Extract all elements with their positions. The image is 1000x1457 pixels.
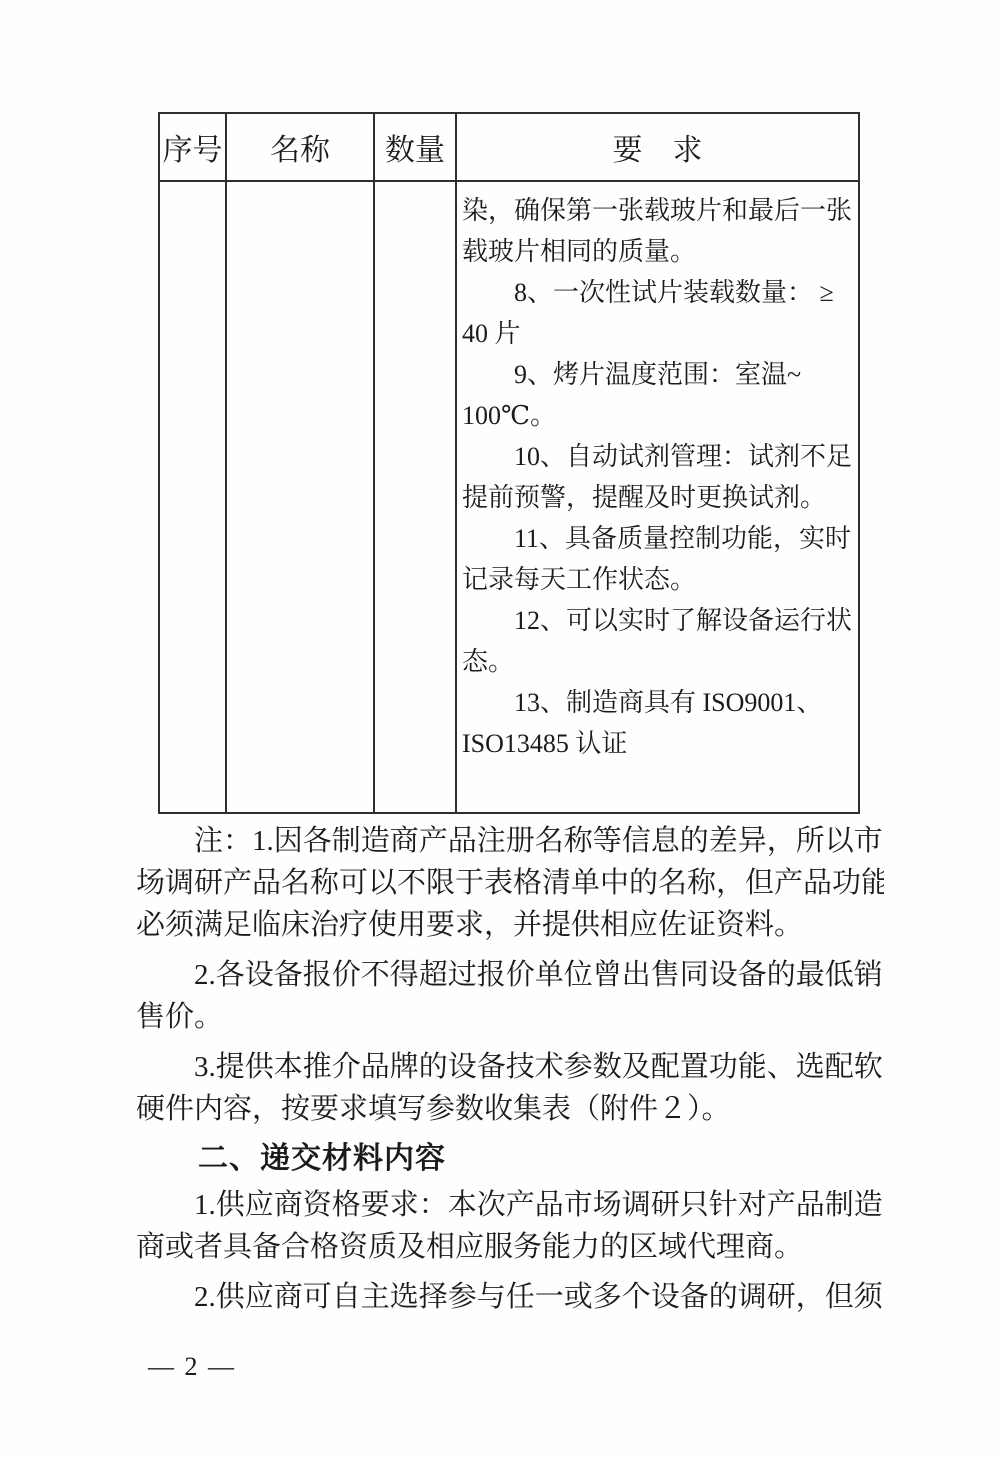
table-header-quantity: 数量 [374,113,456,181]
notes-section: 注：1.因各制造商产品注册名称等信息的差异，所以市 场调研产品名称可以不限于表格… [136,820,884,1326]
supplier-item-1: 1.供应商资格要求：本次产品市场调研只针对产品制造 商或者具备合格资质及相应服务… [136,1184,884,1268]
page-number: — 2 — [148,1352,236,1382]
table-row: 染，确保第一张载玻片和最后一张 载玻片相同的质量。 8、一次性试片装载数量： ≥… [159,181,859,813]
section-heading: 二、递交材料内容 [136,1138,884,1180]
note-paragraph-1: 注：1.因各制造商产品注册名称等信息的差异，所以市 场调研产品名称可以不限于表格… [136,820,884,946]
requirements-table: 序号 名称 数量 要 求 染，确保第一张载玻片和最后一张 载玻片相同的质量。 8… [158,112,860,814]
table-header-name: 名称 [226,113,374,181]
supplier-item-2: 2.供应商可自主选择参与任一或多个设备的调研，但须 [136,1276,884,1318]
note-paragraph-2: 2.各设备报价不得超过报价单位曾出售同设备的最低销 售价。 [136,954,884,1038]
table-cell-serial [159,181,226,813]
table-header-row: 序号 名称 数量 要 求 [159,113,859,181]
table-cell-quantity [374,181,456,813]
table-header-requirements: 要 求 [456,113,859,181]
table-cell-name [226,181,374,813]
table-cell-requirements: 染，确保第一张载玻片和最后一张 载玻片相同的质量。 8、一次性试片装载数量： ≥… [456,181,859,813]
note-paragraph-3: 3.提供本推介品牌的设备技术参数及配置功能、选配软 硬件内容，按要求填写参数收集… [136,1046,884,1130]
table-header-serial: 序号 [159,113,226,181]
document-page: 序号 名称 数量 要 求 染，确保第一张载玻片和最后一张 载玻片相同的质量。 8… [0,0,1000,1457]
